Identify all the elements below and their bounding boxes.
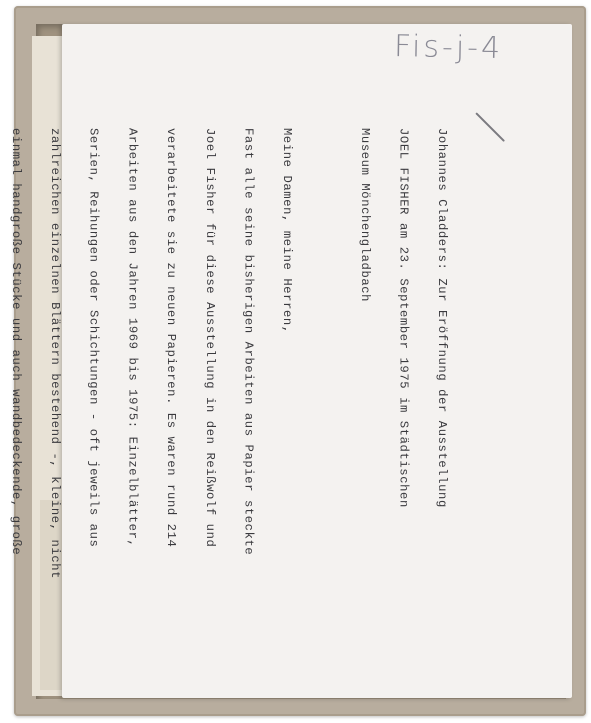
typewritten-text: Johannes Cladders: Zur Eröffnung der Aus… — [44, 128, 474, 598]
text-line: Arbeiten aus den Jahren 1969 bis 1975: E… — [125, 128, 138, 598]
text-line: Serien, Reihungen oder Schichtungen - of… — [87, 128, 100, 598]
heading-line: Museum Mönchengladbach — [358, 128, 371, 598]
salutation: Meine Damen, meine Herren, — [280, 128, 293, 598]
text-line: zahlreichen einzelnen Blättern bestehend… — [48, 128, 61, 598]
archive-label: Fis-j-4 — [394, 29, 504, 66]
heading-line: JOEL FISHER am 23. September 1975 im Stä… — [397, 128, 410, 598]
text-line: Fast alle seine bisherigen Arbeiten aus … — [242, 128, 255, 598]
text-line: verarbeitete sie zu neuen Papieren. Es w… — [164, 128, 177, 598]
text-line: einmal handgroße Stücke und auch wandbed… — [9, 128, 22, 598]
heading-line: Johannes Cladders: Zur Eröffnung der Aus… — [435, 128, 448, 598]
text-line: Joel Fisher für diese Ausstellung in den… — [203, 128, 216, 598]
